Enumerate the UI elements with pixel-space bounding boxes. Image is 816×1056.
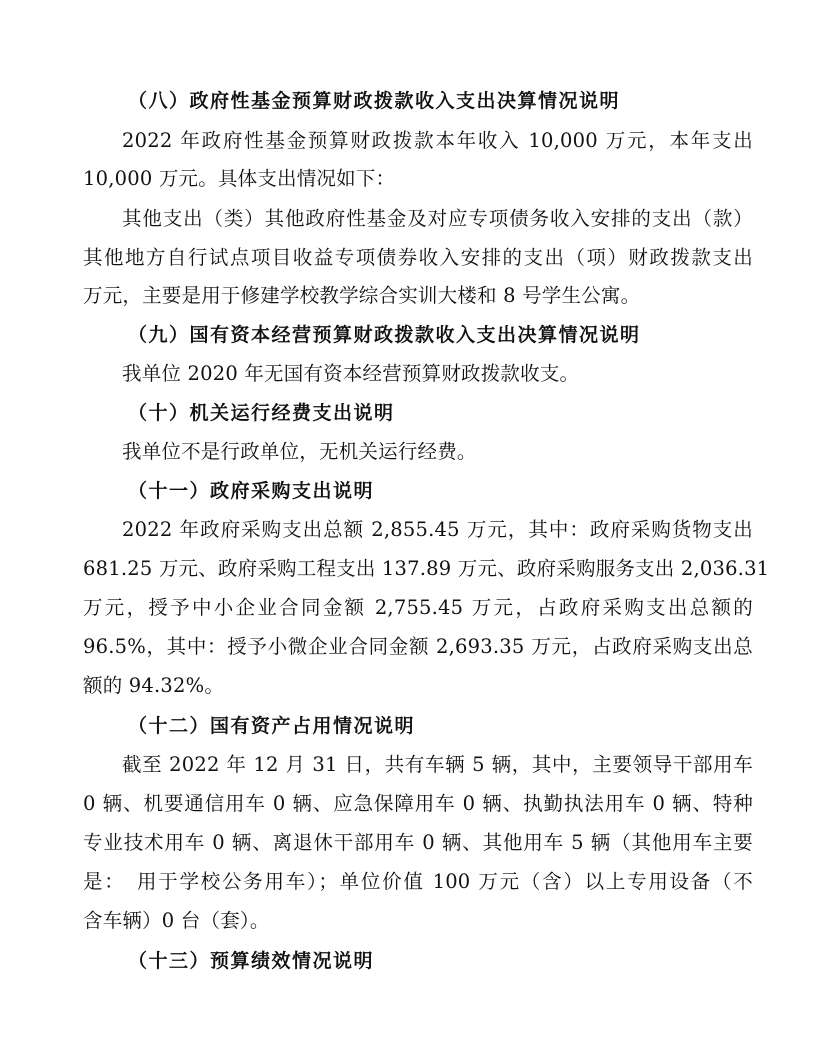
paragraph-line: 万元，主要是用于修建学校教学综合实训大楼和 8 号学生公寓。 xyxy=(83,283,753,309)
paragraph-line: 10,000 万元。具体支出情况如下： xyxy=(83,166,753,192)
paragraph-line: 含车辆）0 台（套）。 xyxy=(83,908,753,934)
paragraph-line: 我单位不是行政单位，无机关运行经费。 xyxy=(122,439,792,465)
section-heading-10: （十）机关运行经费支出说明 xyxy=(128,400,798,426)
paragraph-line: 681.25 万元、政府采购工程支出 137.89 万元、政府采购服务支出 2,… xyxy=(83,556,753,582)
paragraph-line: 专业技术用车 0 辆、离退休干部用车 0 辆、其他用车 5 辆（其他用车主要 xyxy=(83,830,753,856)
paragraph-line: 其他支出（类）其他政府性基金及对应专项债务收入安排的支出（款） xyxy=(122,206,753,232)
paragraph-line: 2022 年政府采购支出总额 2,855.45 万元，其中：政府采购货物支出 xyxy=(122,517,753,543)
section-heading-8: （八）政府性基金预算财政拨款收入支出决算情况说明 xyxy=(128,88,798,114)
paragraph-line: 额的 94.32%。 xyxy=(83,673,753,699)
paragraph-line: 我单位 2020 年无国有资本经营预算财政拨款收支。 xyxy=(122,361,792,387)
paragraph-line: 截至 2022 年 12 月 31 日，共有车辆 5 辆，其中，主要领导干部用车 xyxy=(122,752,753,778)
document-page: （八）政府性基金预算财政拨款收入支出决算情况说明 2022 年政府性基金预算财政… xyxy=(0,0,816,1056)
section-heading-9: （九）国有资本经营预算财政拨款收入支出决算情况说明 xyxy=(128,322,798,348)
section-heading-11: （十一）政府采购支出说明 xyxy=(128,478,798,504)
paragraph-line: 其他地方自行试点项目收益专项债券收入安排的支出（项）财政拨款支出 xyxy=(83,245,753,271)
paragraph-line: 96.5%，其中：授予小微企业合同金额 2,693.35 万元，占政府采购支出总 xyxy=(83,634,753,660)
section-heading-12: （十二）国有资产占用情况说明 xyxy=(128,713,798,739)
paragraph-line: 是： 用于学校公务用车）；单位价值 100 万元（含）以上专用设备（不 xyxy=(83,869,753,895)
paragraph-line: 0 辆、机要通信用车 0 辆、应急保障用车 0 辆、执勤执法用车 0 辆、特种 xyxy=(83,791,753,817)
paragraph-line: 万元，授予中小企业合同金额 2,755.45 万元，占政府采购支出总额的 xyxy=(83,595,753,621)
paragraph-line: 2022 年政府性基金预算财政拨款本年收入 10,000 万元，本年支出 xyxy=(122,128,753,154)
section-heading-13: （十三）预算绩效情况说明 xyxy=(128,948,798,974)
